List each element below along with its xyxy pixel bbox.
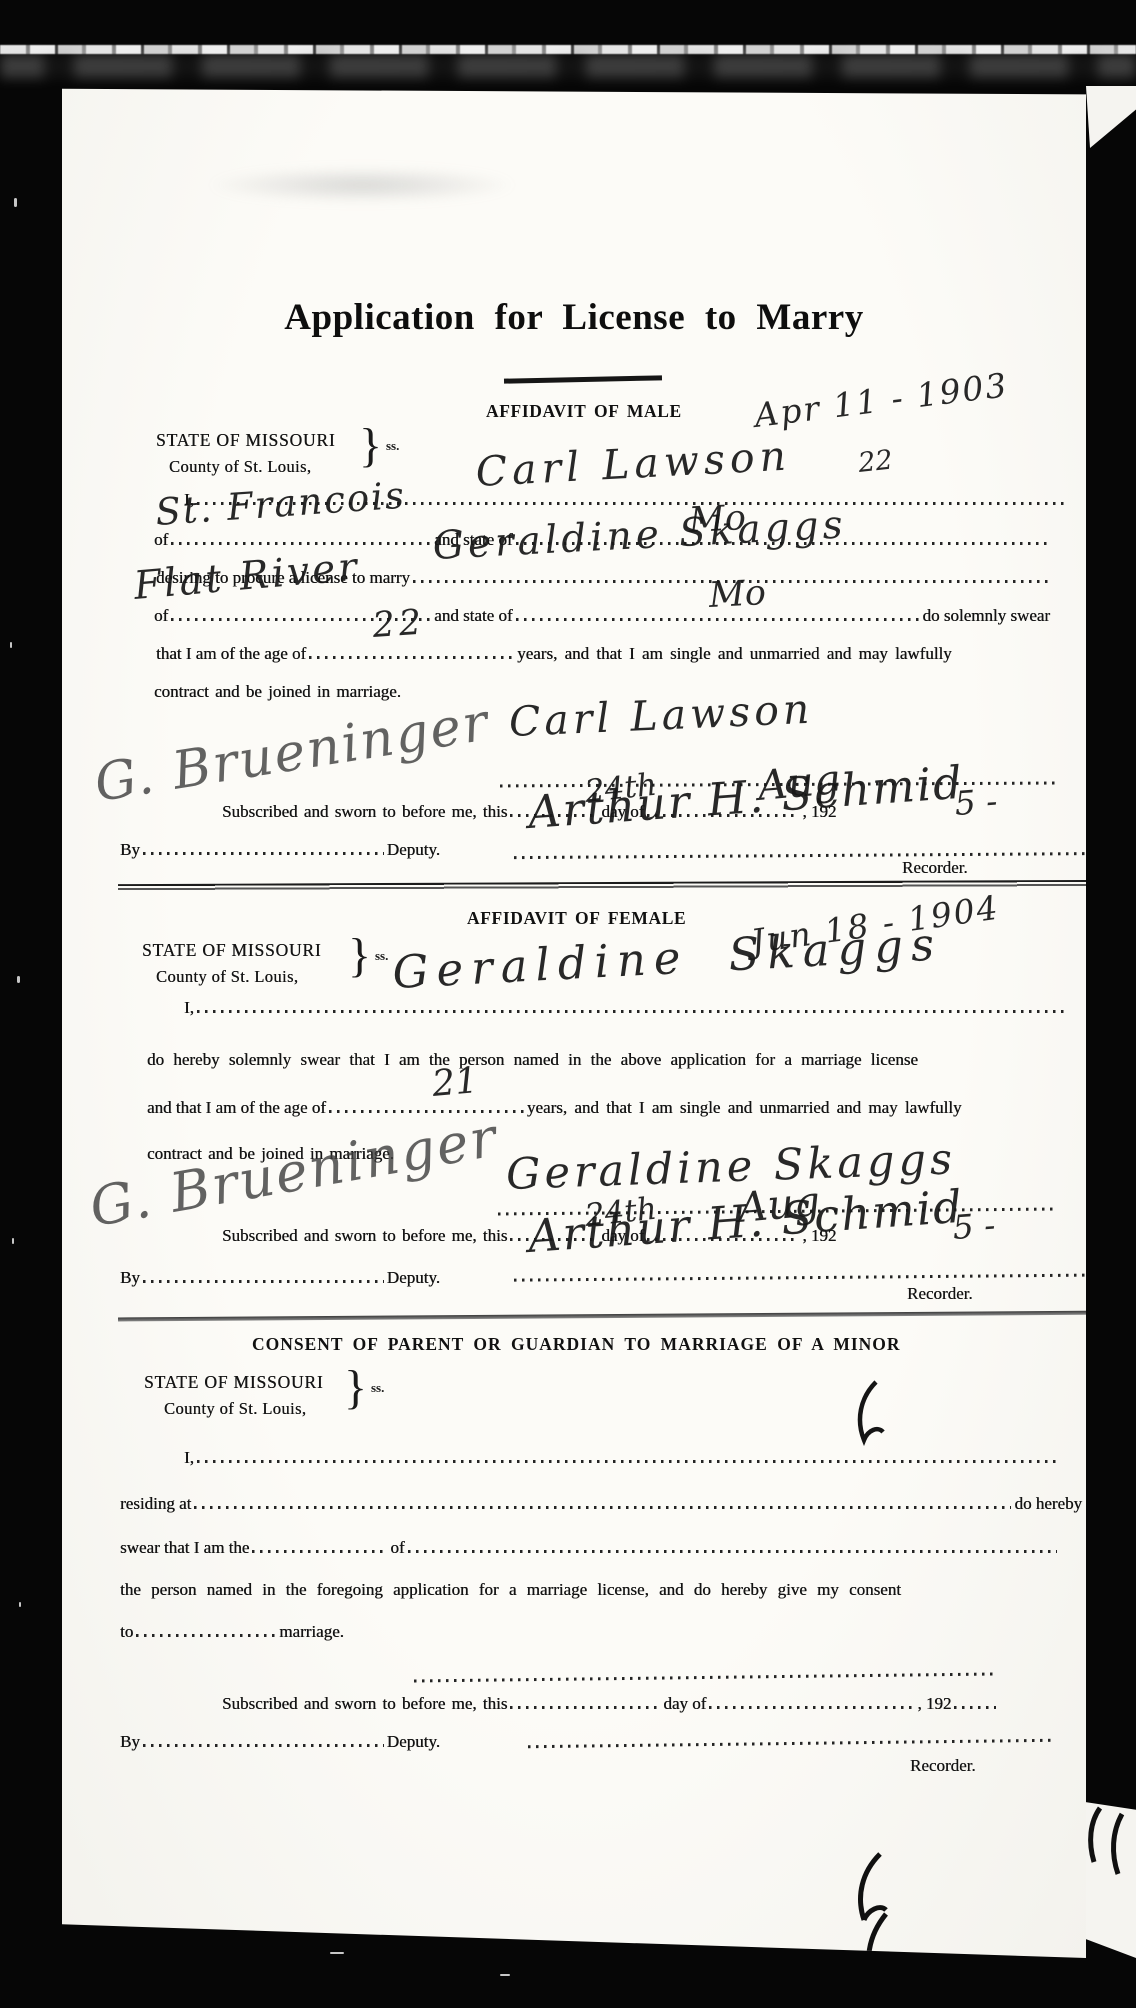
subscribed-label: Subscribed and sworn to before me, this [222,1226,507,1246]
deputy-label: Deputy. [387,1268,440,1288]
female-age-row: and that I am of the age ofyears, and th… [147,1098,1083,1118]
i-label: I, [184,998,194,1018]
ink-mark [856,1912,900,1990]
person-line-label: the person named in the foregoing applic… [120,1580,901,1600]
dotted-fill [143,1280,384,1283]
dotted-fill [709,1706,914,1709]
dotted-fill [309,656,514,659]
and-state-of-label: and state of [434,606,512,626]
film-corner-wedge [1086,86,1136,148]
film-speck [17,976,20,983]
age-post-label: years, and that I am single and unmarrie… [527,1098,962,1118]
consent-ss-label: ss. [371,1380,384,1396]
residing-at-label: residing at [120,1494,191,1514]
recorder-label: Recorder. [907,1284,973,1304]
female-county-label: County of St. Louis, [156,967,298,987]
consent-person-row: the person named in the foregoing applic… [120,1580,1070,1600]
female-state-label: STATE OF MISSOURI [142,940,321,961]
day-of-label: day of [663,1694,706,1714]
of-label: of [154,606,168,626]
handwritten-male-birthdate: Apr 11 - 1903 [752,365,1010,435]
handwritten-recorder-signature: Arthur H. Schmid [526,756,965,839]
dotted-fill [252,1550,387,1553]
handwritten-deputy-signature: G. Brueninger [85,1105,503,1239]
male-ss-label: ss. [386,438,399,454]
handwritten-groom-age: 22 [371,602,426,646]
male-by-row: ByDeputy. [120,840,440,860]
consent-brace-glyph: } [344,1364,367,1412]
by-label: By [120,1268,140,1288]
consent-county-label: County of St. Louis, [164,1399,306,1419]
dotted-fill [143,852,384,855]
signature-line [514,1273,1119,1281]
signature-line [514,852,1114,859]
film-corner-wedge [1078,1802,1136,1958]
by-label: By [120,840,140,860]
do-solemnly-swear-label: do solemnly swear [923,606,1050,626]
title-underline [504,375,662,383]
dotted-fill [171,542,431,545]
film-speck [500,1974,510,1976]
dotted-fill [408,1550,1057,1553]
document-title: Application for License to Marry [62,296,1086,339]
swear-pre-label: swear that I am the [120,1538,249,1558]
male-contract-row: contract and be joined in marriage. [154,682,401,702]
recorder-label: Recorder. [902,858,968,878]
document-page: Application for License to Marry AFFIDAV… [62,86,1086,1958]
consent-by-row: ByDeputy. [120,1732,440,1752]
consent-name-row: I, [184,1448,1060,1468]
microfilm-scan: Application for License to Marry AFFIDAV… [0,0,1136,2008]
film-speck [12,1238,14,1244]
film-speck [14,198,17,207]
dotted-fill [510,1706,660,1709]
female-swear-line: do hereby solemnly swear that I am the p… [147,1050,918,1070]
to-label: to [120,1622,133,1642]
handwritten-bride-name-female: Geraldine Skaggs [391,917,943,999]
marriage-label: marriage. [279,1622,344,1642]
dotted-fill [143,1744,384,1747]
handwritten-male-stamp-age: 22 [857,445,894,479]
subscribed-label: Subscribed and sworn to before me, this [222,1694,507,1714]
i-label: I, [184,1448,194,1468]
dotted-fill [954,1706,996,1709]
handwritten-groom-name: Carl Lawson [474,432,792,496]
ink-mark [850,1380,890,1446]
year-prefix-label: , 192 [917,1694,951,1714]
handwritten-groom-residence: St. Francois [154,474,407,534]
female-ss-label: ss. [375,948,388,964]
female-section-heading: AFFIDAVIT OF FEMALE [467,908,686,929]
consent-subscribed-row: Subscribed and sworn to before me, thisd… [222,1694,1022,1714]
signature-line [528,1739,1053,1748]
female-by-row: ByDeputy. [120,1268,440,1288]
by-label: By [120,1732,140,1752]
dotted-fill [197,1460,1057,1463]
consent-relationship-row: swear that I am theof [120,1538,1060,1558]
dotted-fill [136,1634,276,1637]
ink-mark [1106,1812,1130,1876]
recorder-label: Recorder. [910,1756,976,1776]
scan-smudge [157,161,567,209]
male-age-row: that I am of the age ofyears, and that I… [156,644,1084,664]
consent-section-heading: CONSENT OF PARENT OR GUARDIAN TO MARRIAG… [252,1334,901,1355]
film-speck [330,1952,344,1954]
age-pre-label: and that I am of the age of [147,1098,326,1118]
dotted-fill [329,1110,524,1113]
deputy-label: Deputy. [387,1732,440,1752]
film-speck [19,1602,21,1607]
age-post-label: years, and that I am single and unmarrie… [517,644,952,664]
female-name-row: I, [184,998,1068,1018]
male-county-label: County of St. Louis, [169,457,311,477]
male-state-label: STATE OF MISSOURI [156,430,335,451]
male-section-heading: AFFIDAVIT OF MALE [486,401,682,422]
section-divider [118,1311,1118,1322]
handwritten-bride-name: Geraldine Skaggs [432,502,848,569]
deputy-label: Deputy. [387,840,440,860]
handwritten-bride-state: Mo [708,573,767,616]
handwritten-deputy-signature: G. Brueninger [91,692,494,814]
dotted-fill [197,1010,1065,1013]
male-brace-glyph: } [359,422,382,470]
dotted-fill [194,1506,1011,1509]
handwritten-groom-signature: Carl Lawson [508,685,814,746]
signature-line [414,1672,994,1682]
film-edge-glow [0,54,1136,78]
female-brace-glyph: } [348,932,371,980]
handwritten-bride-age: 21 [430,1060,479,1105]
male-bride-residence-row: ofand state ofdo solemnly swear [154,606,1050,626]
do-hereby-label: do hereby [1014,1494,1082,1514]
section-divider [118,880,1114,891]
of-label: of [390,1538,404,1558]
handwritten-bride-residence: Flat River [132,544,362,609]
film-speck [10,642,12,648]
consent-state-label: STATE OF MISSOURI [144,1372,323,1393]
contract-label: contract and be joined in marriage. [154,682,401,702]
consent-to-marriage-row: tomarriage. [120,1622,420,1642]
subscribed-label: Subscribed and sworn to before me, this [222,802,507,822]
film-edge-band [0,45,1136,54]
age-pre-label: that I am of the age of [156,644,306,664]
consent-residing-row: residing atdo hereby [120,1494,1082,1514]
dotted-fill [516,618,920,621]
female-swear-row: do hereby solemnly swear that I am the p… [147,1050,1097,1070]
